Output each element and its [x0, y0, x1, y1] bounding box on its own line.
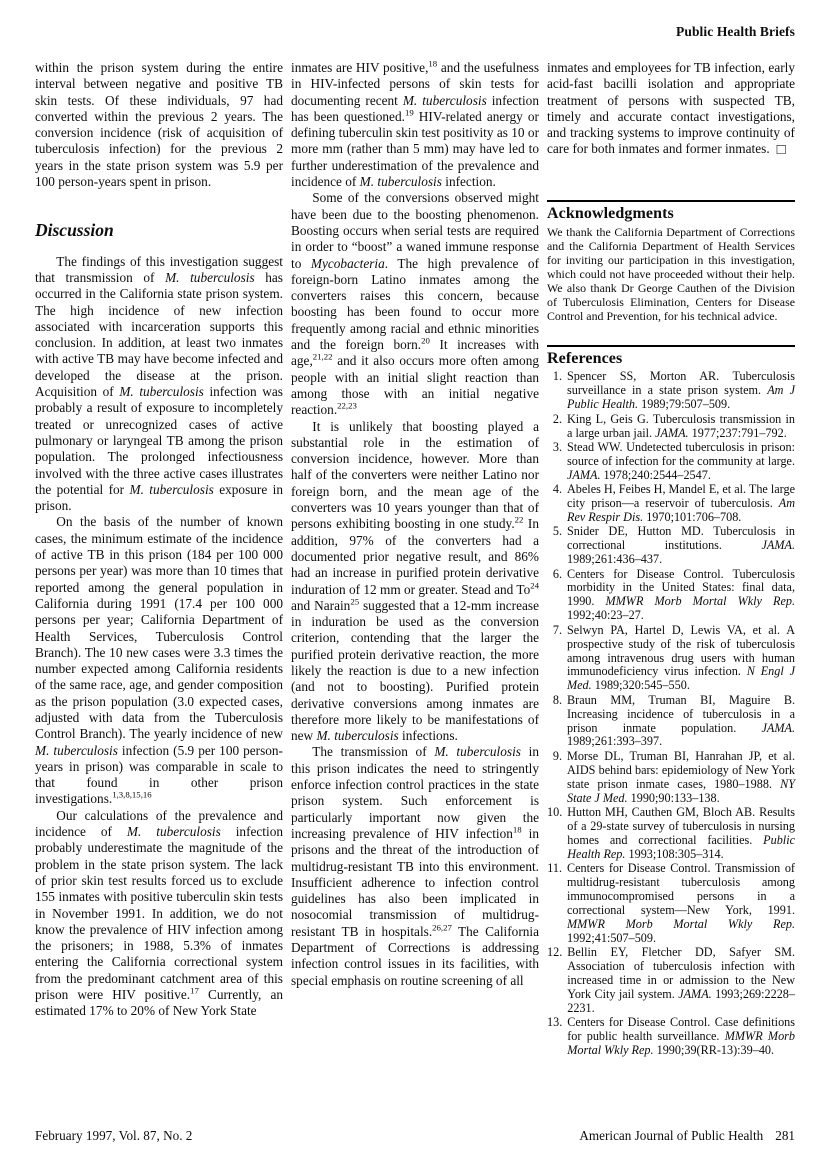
footer-journal-info: American Journal of Public Health281: [579, 1128, 795, 1144]
body-paragraph: within the prison system during the enti…: [35, 60, 283, 190]
reference-item: 7.Selwyn PA, Hartel D, Lewis VA, et al. …: [547, 624, 795, 694]
reference-number: 8.: [547, 694, 567, 750]
reference-item: 6.Centers for Disease Control. Tuberculo…: [547, 568, 795, 624]
column-3: inmates and employees for TB infection, …: [547, 60, 795, 1058]
reference-text: Braun MM, Truman BI, Maguire B. Increasi…: [567, 694, 795, 750]
acknowledgments-heading: Acknowledgments: [547, 206, 795, 222]
section-divider: [547, 345, 795, 347]
body-paragraph: The findings of this investigation sugge…: [35, 254, 283, 515]
page-number: 281: [775, 1128, 795, 1143]
reference-item: 1.Spencer SS, Morton AR. Tuberculosis su…: [547, 370, 795, 412]
reference-text: King L, Geis G. Tuberculosis transmissio…: [567, 413, 795, 441]
reference-list: 1.Spencer SS, Morton AR. Tuberculosis su…: [547, 370, 795, 1057]
body-paragraph: It is unlikely that boosting played a su…: [291, 419, 539, 745]
reference-item: 5.Snider DE, Hutton MD. Tuberculosis in …: [547, 525, 795, 567]
journal-name: American Journal of Public Health: [579, 1128, 763, 1143]
reference-number: 1.: [547, 370, 567, 412]
reference-item: 3.Stead WW. Undetected tuberculosis in p…: [547, 441, 795, 483]
closing-paragraph-text: inmates and employees for TB infection, …: [547, 60, 795, 156]
journal-page: Public Health Briefs within the prison s…: [0, 0, 816, 1159]
body-paragraph: Our calculations of the prevalence and i…: [35, 808, 283, 1020]
body-paragraph: inmates and employees for TB infection, …: [547, 60, 795, 158]
reference-item: 10.Hutton MH, Cauthen GM, Bloch AB. Resu…: [547, 806, 795, 862]
reference-text: Snider DE, Hutton MD. Tuberculosis in co…: [567, 525, 795, 567]
discussion-heading: Discussion: [35, 222, 283, 238]
references-heading: References: [547, 351, 795, 367]
section-divider: [547, 200, 795, 202]
page-footer: February 1997, Vol. 87, No. 2 American J…: [35, 1128, 795, 1144]
reference-number: 9.: [547, 750, 567, 806]
reference-item: 12.Bellin EY, Fletcher DD, Safyer SM. As…: [547, 946, 795, 1016]
reference-number: 13.: [547, 1016, 567, 1058]
acknowledgments-text: We thank the California Department of Co…: [547, 225, 795, 323]
reference-text: Centers for Disease Control. Case defini…: [567, 1016, 795, 1058]
running-head: Public Health Briefs: [676, 24, 795, 40]
reference-number: 6.: [547, 568, 567, 624]
reference-item: 4.Abeles H, Feibes H, Mandel E, et al. T…: [547, 483, 795, 525]
article-body: within the prison system during the enti…: [35, 60, 795, 1058]
reference-number: 2.: [547, 413, 567, 441]
body-paragraph: On the basis of the number of known case…: [35, 514, 283, 807]
reference-number: 7.: [547, 624, 567, 694]
reference-number: 5.: [547, 525, 567, 567]
reference-text: Spencer SS, Morton AR. Tuberculosis surv…: [567, 370, 795, 412]
reference-item: 13.Centers for Disease Control. Case def…: [547, 1016, 795, 1058]
reference-number: 10.: [547, 806, 567, 862]
reference-text: Hutton MH, Cauthen GM, Bloch AB. Results…: [567, 806, 795, 862]
reference-number: 4.: [547, 483, 567, 525]
column-2: inmates are HIV positive,18 and the usef…: [291, 60, 539, 1058]
reference-text: Abeles H, Feibes H, Mandel E, et al. The…: [567, 483, 795, 525]
reference-item: 9.Morse DL, Truman BI, Hanrahan JP, et a…: [547, 750, 795, 806]
reference-number: 11.: [547, 862, 567, 945]
reference-number: 3.: [547, 441, 567, 483]
reference-text: Stead WW. Undetected tuberculosis in pri…: [567, 441, 795, 483]
body-paragraph: The transmission of M. tuberculosis in t…: [291, 744, 539, 988]
reference-text: Centers for Disease Control. Tuberculosi…: [567, 568, 795, 624]
reference-number: 12.: [547, 946, 567, 1016]
body-paragraph: Some of the conversions observed might h…: [291, 190, 539, 418]
column-1: within the prison system during the enti…: [35, 60, 283, 1058]
reference-text: Selwyn PA, Hartel D, Lewis VA, et al. A …: [567, 624, 795, 694]
reference-text: Bellin EY, Fletcher DD, Safyer SM. Assoc…: [567, 946, 795, 1016]
reference-text: Morse DL, Truman BI, Hanrahan JP, et al.…: [567, 750, 795, 806]
reference-item: 2.King L, Geis G. Tuberculosis transmiss…: [547, 413, 795, 441]
reference-item: 11.Centers for Disease Control. Transmis…: [547, 862, 795, 945]
footer-issue-info: February 1997, Vol. 87, No. 2: [35, 1128, 192, 1144]
end-of-article-icon: □: [777, 145, 786, 155]
body-paragraph: inmates are HIV positive,18 and the usef…: [291, 60, 539, 190]
reference-text: Centers for Disease Control. Transmissio…: [567, 862, 795, 945]
reference-item: 8.Braun MM, Truman BI, Maguire B. Increa…: [547, 694, 795, 750]
